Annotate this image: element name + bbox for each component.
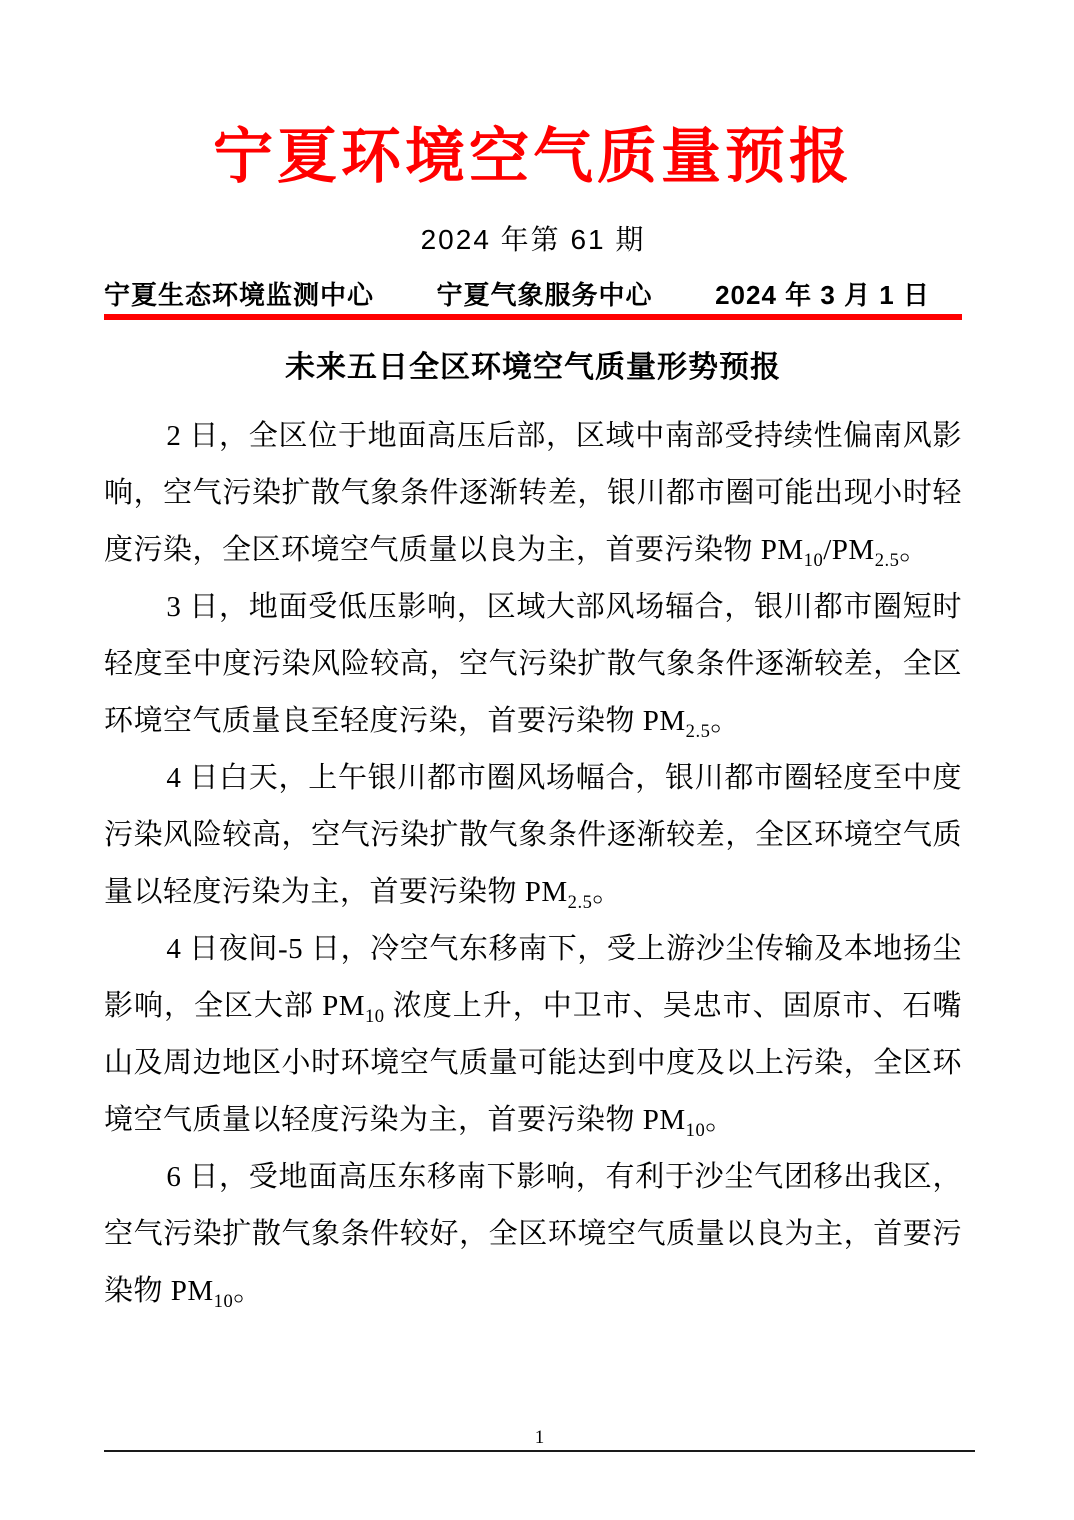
document-content: 宁夏环境空气质量预报 2024 年第 61 期 宁夏生态环境监测中心 宁夏气象服… (0, 0, 1074, 1320)
pollutant-subscript: 2.5 (568, 892, 593, 913)
issue-number: 2024 年第 61 期 (104, 220, 962, 260)
forecast-paragraph: 4 日白天，上午银川都市圈风场幅合，银川都市圈轻度至中度污染风险较高，空气污染扩… (104, 750, 962, 921)
pollutant-subscript: 2.5 (686, 721, 711, 742)
section-title: 未来五日全区环境空气质量形势预报 (104, 348, 962, 388)
pollutant-subscript: 10 (686, 1120, 706, 1141)
forecast-paragraph: 4 日夜间-5 日，冷空气东移南下，受上游沙尘传输及本地扬尘影响，全区大部 PM… (104, 921, 962, 1149)
forecast-paragraph: 3 日，地面受低压影响，区域大部风场辐合，银川都市圈短时轻度至中度污染风险较高，… (104, 579, 962, 750)
red-divider (104, 314, 962, 320)
pollutant-subscript: 10 (365, 1006, 385, 1027)
forecast-paragraphs: 2 日，全区位于地面高压后部，区域中南部受持续性偏南风影响，空气污染扩散气象条件… (104, 408, 962, 1320)
forecast-paragraph: 2 日，全区位于地面高压后部，区域中南部受持续性偏南风影响，空气污染扩散气象条件… (104, 408, 962, 579)
header-date: 2024 年 3 月 1 日 (715, 278, 930, 312)
page-title: 宁夏环境空气质量预报 (104, 118, 962, 196)
pollutant-subscript: 10 (214, 1291, 234, 1312)
org-monitoring-center: 宁夏生态环境监测中心 (104, 278, 374, 312)
header-org-row: 宁夏生态环境监测中心 宁夏气象服务中心 2024 年 3 月 1 日 (104, 278, 962, 312)
org-weather-service-center: 宁夏气象服务中心 (437, 278, 653, 312)
page-footer: 1 (104, 1426, 975, 1452)
pollutant-subscript: 2.5 (875, 550, 900, 571)
pollutant-subscript: 10 (804, 550, 824, 571)
footer-divider (104, 1450, 975, 1452)
document-page: 宁夏环境空气质量预报 2024 年第 61 期 宁夏生态环境监测中心 宁夏气象服… (0, 0, 1074, 1520)
forecast-paragraph: 6 日，受地面高压东移南下影响，有利于沙尘气团移出我区，空气污染扩散气象条件较好… (104, 1149, 962, 1320)
page-number: 1 (104, 1426, 975, 1450)
